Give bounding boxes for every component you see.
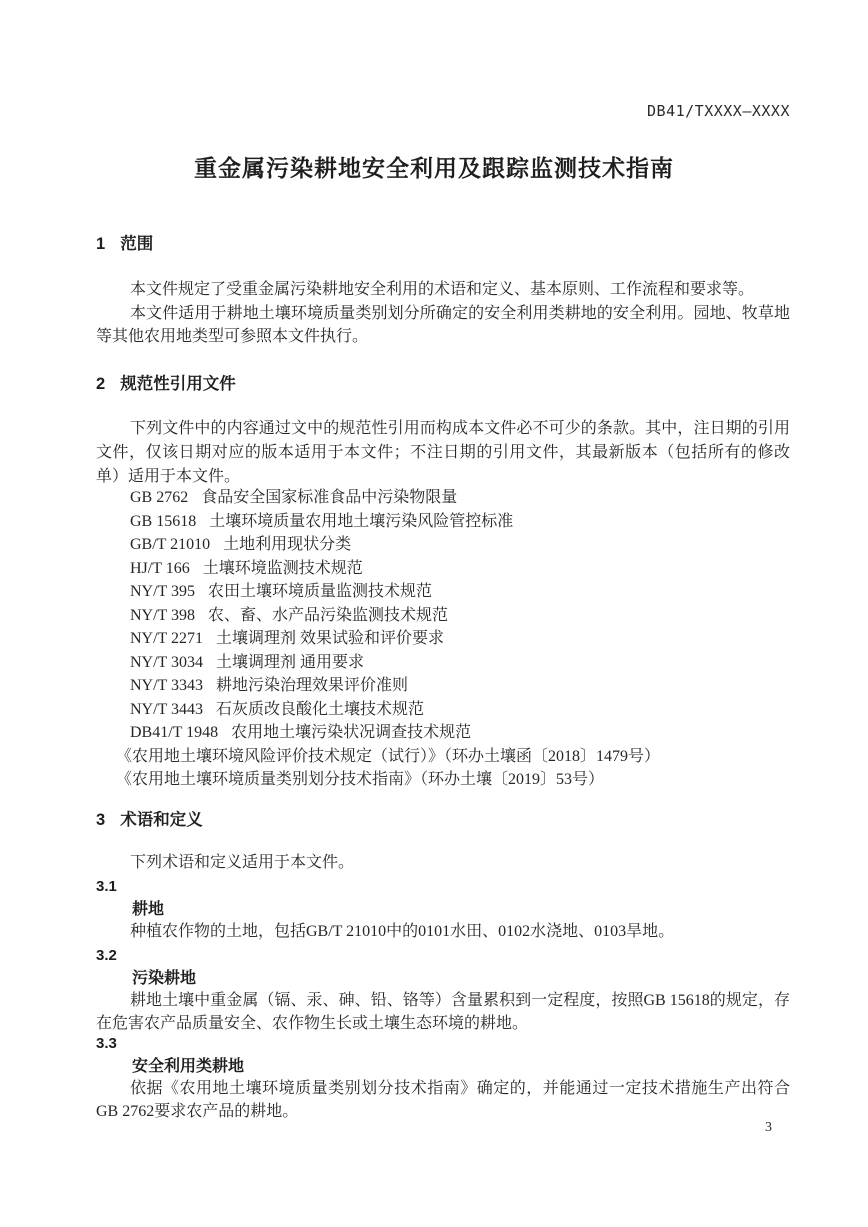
reference-item: HJ/T 166土壤环境监测技术规范 [96, 557, 790, 581]
clause-number: 3.3 [96, 1033, 790, 1056]
reference-item: NY/T 398农、畜、水产品污染监测技术规范 [96, 604, 790, 628]
reference-list: GB 2762食品安全国家标准食品中污染物限量 GB 15618土壤环境质量农用… [96, 486, 790, 792]
reference-item: GB 15618土壤环境质量农用地土壤污染风险管控标准 [96, 510, 790, 534]
document-page: DB41/TXXXX—XXXX 重金属污染耕地安全利用及跟踪监测技术指南 1范围… [0, 0, 868, 1227]
reference-title: 食品安全国家标准食品中污染物限量 [201, 489, 457, 506]
section-2-heading: 2规范性引用文件 [96, 373, 790, 396]
reference-code: NY/T 2271 [130, 630, 203, 647]
document-title: 重金属污染耕地安全利用及跟踪监测技术指南 [0, 153, 868, 183]
reference-title: 土壤调理剂 通用要求 [216, 654, 364, 671]
reference-item: GB 2762食品安全国家标准食品中污染物限量 [96, 486, 790, 510]
reference-code: GB/T 21010 [130, 536, 210, 553]
paragraph: 本文件规定了受重金属污染耕地安全利用的术语和定义、基本原则、工作流程和要求等。 [96, 278, 790, 302]
reference-title: 石灰质改良酸化土壤技术规范 [216, 701, 424, 718]
reference-item: GB/T 21010土地利用现状分类 [96, 533, 790, 557]
reference-title: 耕地污染治理效果评价准则 [216, 677, 408, 694]
reference-code: NY/T 3343 [130, 677, 203, 694]
term-name: 耕地 [96, 899, 790, 922]
reference-title: 农用地土壤污染状况调查技术规范 [231, 724, 471, 741]
reference-title: 农田土壤环境质量监测技术规范 [208, 583, 432, 600]
section-3-heading: 3术语和定义 [96, 809, 790, 832]
reference-title: 《农用地土壤环境质量类别划分技术指南》（环办土壤〔2019〕53号） [116, 771, 604, 788]
reference-title: 农、畜、水产品污染监测技术规范 [208, 607, 448, 624]
reference-title: 土地利用现状分类 [223, 536, 351, 553]
section-1-number: 1 [96, 235, 105, 253]
reference-code: HJ/T 166 [130, 560, 190, 577]
reference-item: 《农用地土壤环境质量类别划分技术指南》（环办土壤〔2019〕53号） [96, 768, 790, 792]
reference-item: DB41/T 1948农用地土壤污染状况调查技术规范 [96, 721, 790, 745]
reference-code: GB 2762 [130, 489, 188, 506]
section-1-heading: 1范围 [96, 233, 790, 256]
clause-number: 3.2 [96, 945, 790, 968]
page-number: 3 [765, 1120, 772, 1136]
term-block-3-2: 3.2 污染耕地 耕地土壤中重金属（镉、汞、砷、铅、铬等）含量累积到一定程度，按… [96, 945, 790, 1035]
section-1-title: 范围 [120, 235, 153, 253]
term-block-3-3: 3.3 安全利用类耕地 依据《农用地土壤环境质量类别划分技术指南》确定的，并能通… [96, 1033, 790, 1123]
term-name: 安全利用类耕地 [96, 1056, 790, 1079]
term-definition: 种植农作物的土地，包括GB/T 21010中的0101水田、0102水浇地、01… [96, 921, 790, 944]
term-definition: 耕地土壤中重金属（镉、汞、砷、铅、铬等）含量累积到一定程度，按照GB 15618… [96, 990, 790, 1035]
section-2-number: 2 [96, 375, 105, 393]
reference-code: GB 15618 [130, 513, 196, 530]
term-block-3-1: 3.1 耕地 种植农作物的土地，包括GB/T 21010中的0101水田、010… [96, 876, 790, 944]
reference-code: NY/T 395 [130, 583, 195, 600]
standard-code: DB41/TXXXX—XXXX [647, 102, 790, 120]
reference-code: NY/T 3034 [130, 654, 203, 671]
reference-code: NY/T 398 [130, 607, 195, 624]
reference-title: 《农用地土壤环境风险评价技术规定（试行）》（环办土壤函〔2018〕1479号） [116, 748, 660, 765]
section-1-body: 本文件规定了受重金属污染耕地安全利用的术语和定义、基本原则、工作流程和要求等。 … [96, 278, 790, 349]
paragraph: 下列文件中的内容通过文中的规范性引用而构成本文件必不可少的条款。其中，注日期的引… [96, 417, 790, 489]
reference-item: 《农用地土壤环境风险评价技术规定（试行）》（环办土壤函〔2018〕1479号） [96, 745, 790, 769]
reference-item: NY/T 3034土壤调理剂 通用要求 [96, 651, 790, 675]
reference-item: NY/T 395农田土壤环境质量监测技术规范 [96, 580, 790, 604]
section-3-intro: 下列术语和定义适用于本文件。 [96, 851, 790, 875]
term-name: 污染耕地 [96, 968, 790, 991]
reference-title: 土壤环境质量农用地土壤污染风险管控标准 [209, 513, 513, 530]
section-3-number: 3 [96, 811, 105, 829]
reference-item: NY/T 3443石灰质改良酸化土壤技术规范 [96, 698, 790, 722]
reference-code: DB41/T 1948 [130, 724, 218, 741]
reference-item: NY/T 3343耕地污染治理效果评价准则 [96, 674, 790, 698]
section-2-title: 规范性引用文件 [120, 375, 236, 393]
reference-title: 土壤调理剂 效果试验和评价要求 [216, 630, 444, 647]
section-2-body: 下列文件中的内容通过文中的规范性引用而构成本文件必不可少的条款。其中，注日期的引… [96, 417, 790, 489]
section-3-title: 术语和定义 [120, 811, 203, 829]
term-definition: 依据《农用地土壤环境质量类别划分技术指南》确定的，并能通过一定技术措施生产出符合… [96, 1078, 790, 1123]
clause-number: 3.1 [96, 876, 790, 899]
reference-title: 土壤环境监测技术规范 [203, 560, 363, 577]
paragraph: 本文件适用于耕地土壤环境质量类别划分所确定的安全利用类耕地的安全利用。园地、牧草… [96, 302, 790, 349]
reference-code: NY/T 3443 [130, 701, 203, 718]
reference-item: NY/T 2271土壤调理剂 效果试验和评价要求 [96, 627, 790, 651]
terms-intro-text: 下列术语和定义适用于本文件。 [96, 851, 790, 875]
